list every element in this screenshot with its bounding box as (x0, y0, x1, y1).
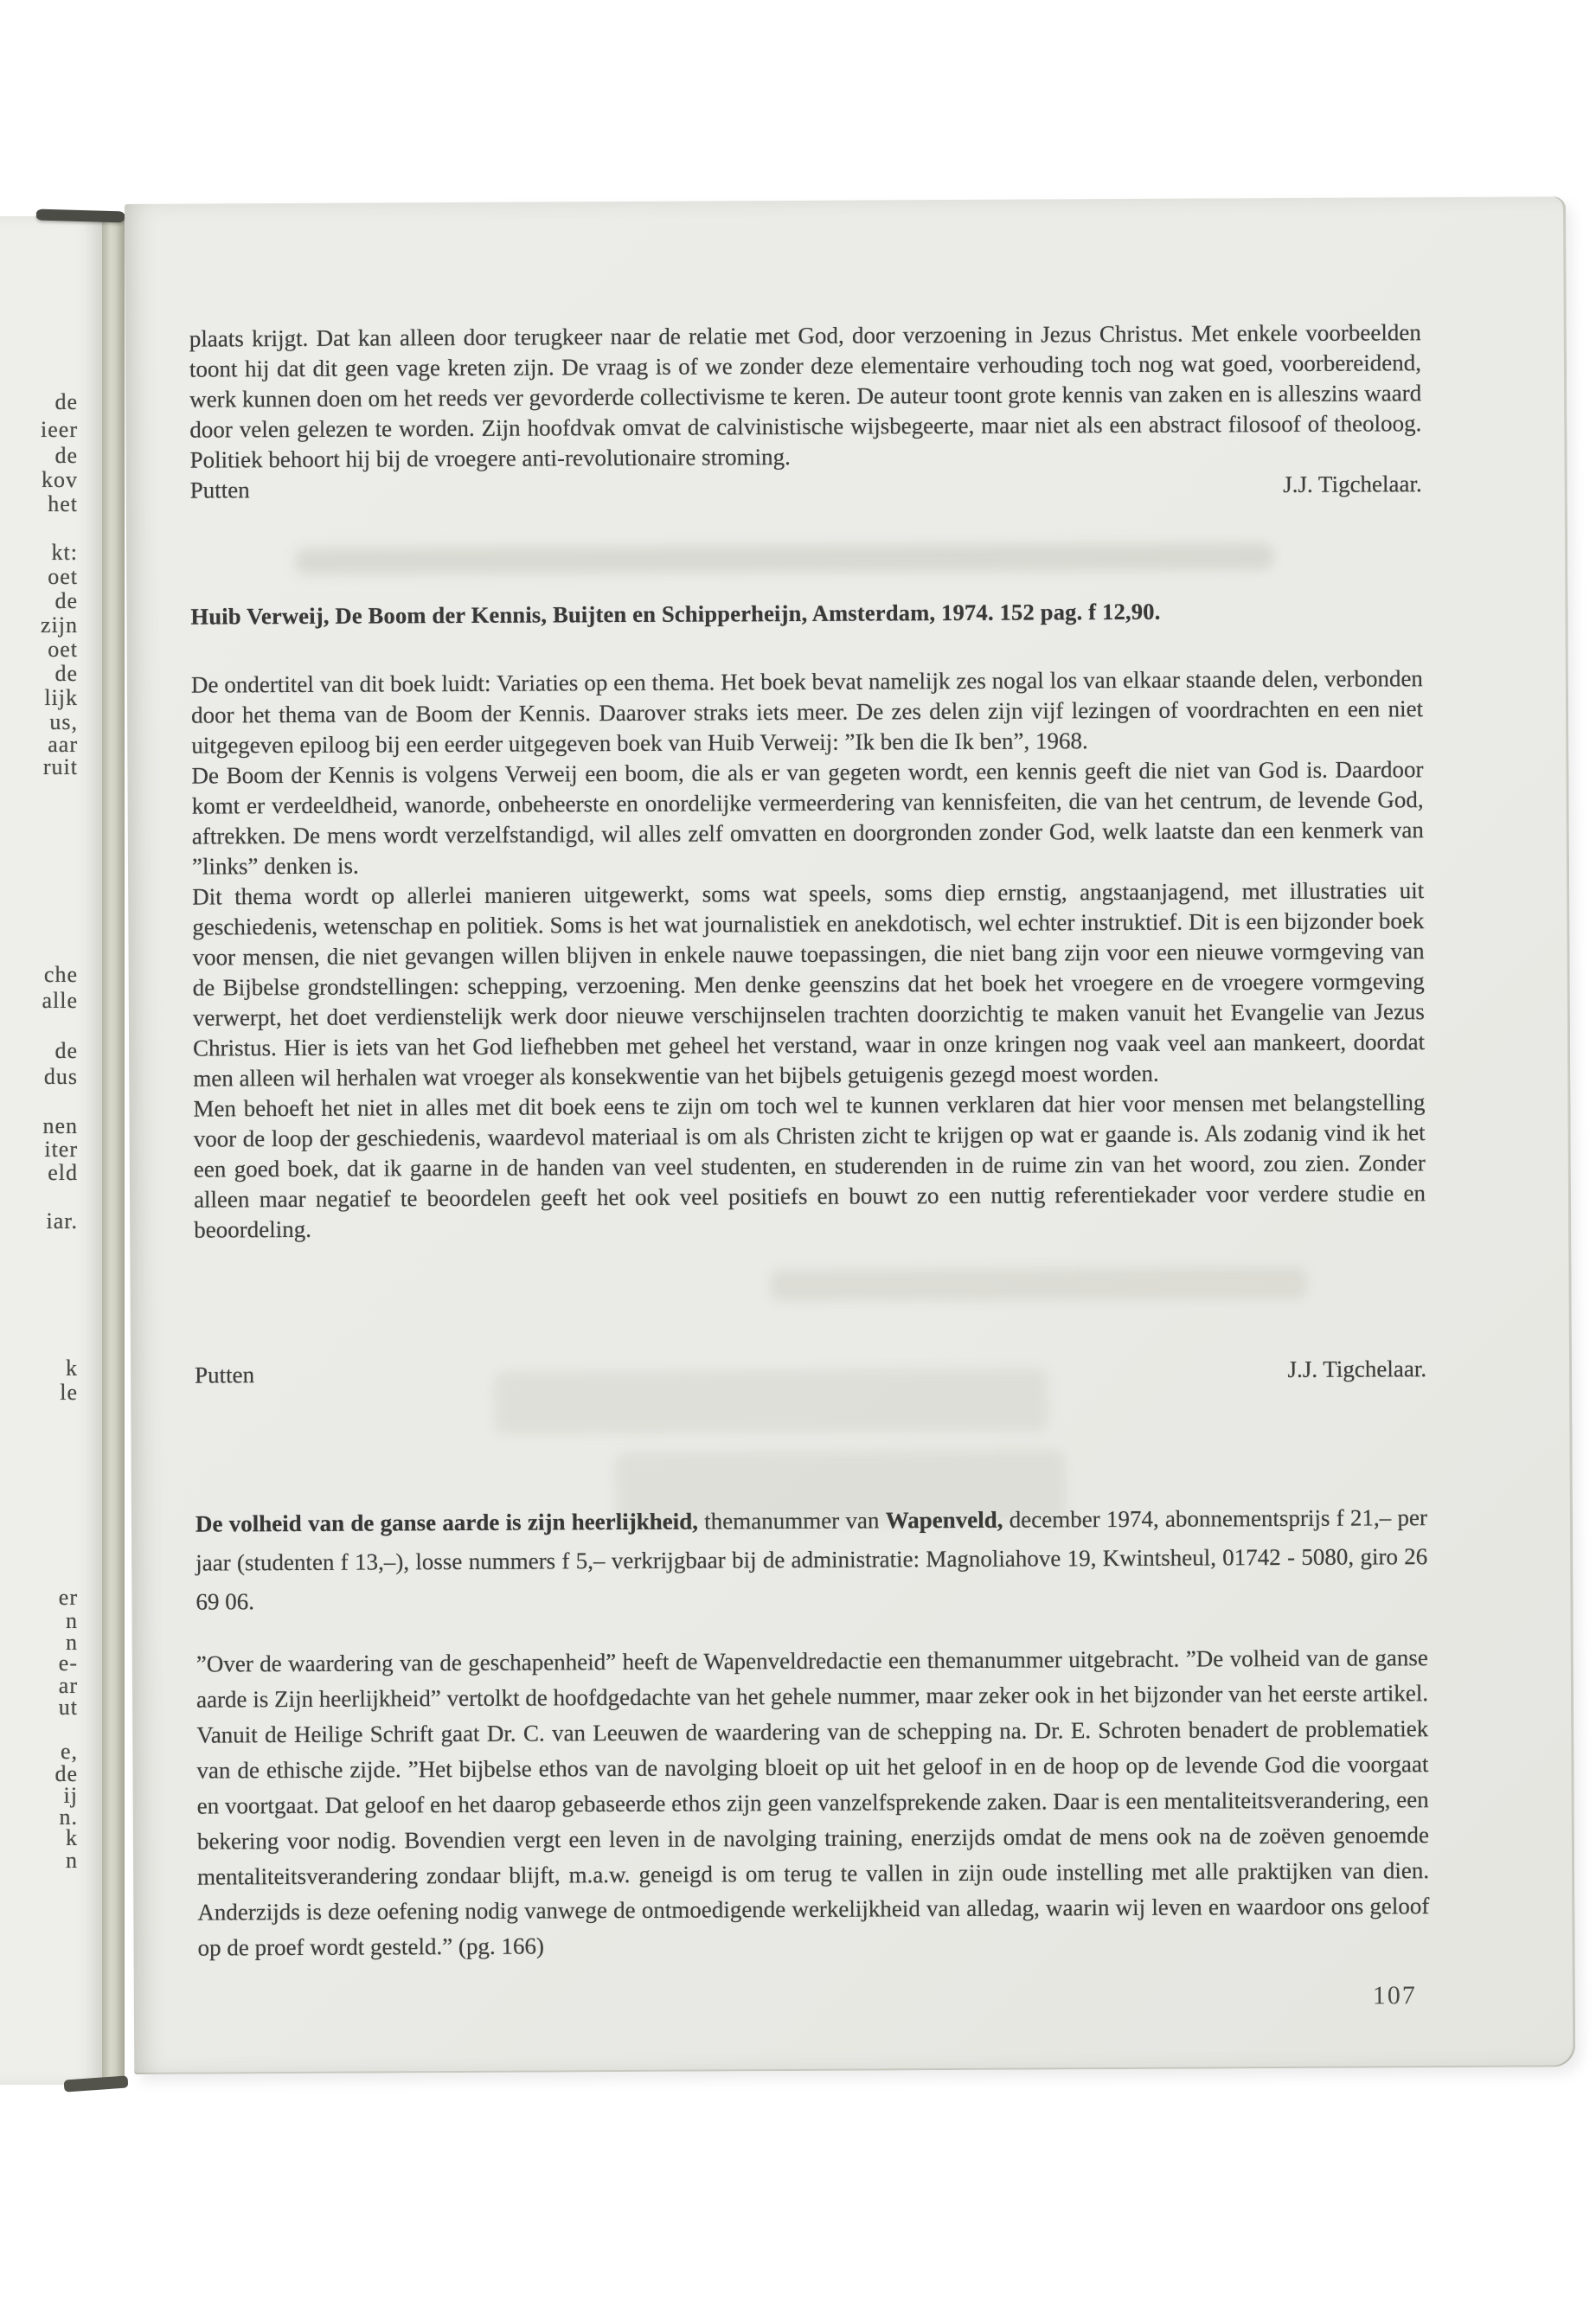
left-page-text-fragment: het (48, 491, 78, 517)
journal-notice-title: De volheid van de ganse aarde is zijn he… (195, 1509, 698, 1537)
left-page-text-fragment: alle (42, 988, 78, 1014)
left-page-text-fragment: n (66, 1848, 78, 1874)
signature-place: Putten (195, 1360, 254, 1390)
page-number: 107 (1373, 1981, 1417, 2010)
left-page-text-fragment: de (54, 588, 78, 614)
left-page-text-fragment: eld (48, 1160, 78, 1186)
book-spine (102, 214, 125, 2087)
left-page-text-fragment: che (44, 962, 78, 988)
signature-place: Putten (190, 475, 250, 505)
left-page-text-fragment: de (54, 443, 78, 469)
signature-name: J.J. Tigchelaar. (1287, 1354, 1426, 1385)
left-page-text-fragment: kov (42, 467, 78, 493)
review-closing-block: plaats krijgt. Dat kan alleen door terug… (189, 317, 1422, 505)
left-page-text-fragment: kt: (52, 540, 78, 566)
left-page-text-fragment: ruit (43, 754, 78, 780)
journal-notice-body: ”Over de waardering van de geschapenheid… (196, 1640, 1430, 1965)
left-page-text-fragment: iar. (47, 1208, 79, 1234)
book-scan: deieerdekovhetkt:oetdezijnoetdelijkus,aa… (0, 0, 1596, 2301)
left-page-text-fragment: oet (48, 637, 78, 663)
left-page-text-fragment: de (54, 661, 78, 687)
book-page: plaats krijgt. Dat kan alleen door terug… (125, 196, 1575, 2074)
left-page-text-fragment: dus (44, 1064, 78, 1090)
review-closing-paragraph: plaats krijgt. Dat kan alleen door terug… (189, 317, 1422, 475)
left-page-text-fragment: iter (44, 1137, 78, 1163)
review-paragraph: Men behoeft het niet in alles met dit bo… (193, 1087, 1426, 1245)
left-page-text-fragment: oet (48, 564, 78, 590)
left-page-text-fragment: de (54, 1038, 78, 1064)
signature-name: J.J. Tigchelaar. (1283, 469, 1422, 500)
left-page-text-fragment: nen (42, 1113, 78, 1139)
bleedthrough-smudge (296, 543, 1273, 574)
left-page-text-fragment: k (66, 1356, 78, 1381)
review-paragraph: De ondertitel van dit boek luidt: Variat… (191, 663, 1424, 760)
signature-row: Putten J.J. Tigchelaar. (190, 469, 1422, 505)
left-page-text-fragment: de (54, 389, 78, 415)
review-paragraph: Dit thema wordt op allerlei manieren uit… (192, 875, 1425, 1093)
journal-notice-heading: De volheid van de ganse aarde is zijn he… (195, 1498, 1428, 1621)
left-page-text-fragment: er (59, 1585, 78, 1611)
left-page-text-fragment: ut (59, 1695, 78, 1721)
journal-name: Wapenveld, (886, 1507, 1003, 1534)
journal-notice-mid-text: themanummer van (698, 1507, 886, 1534)
bleedthrough-smudge (770, 1267, 1306, 1301)
left-page-text-fragment: zijn (41, 612, 78, 638)
left-page-edge: deieerdekovhetkt:oetdezijnoetdelijkus,aa… (0, 216, 102, 2085)
book-review-heading: Huib Verweij, De Boom der Kennis, Buijte… (190, 597, 1422, 630)
left-page-text-fragment: ieer (41, 417, 78, 443)
journal-notice-body-block: ”Over de waardering van de geschapenheid… (196, 1640, 1430, 1965)
left-page-text-fragment: le (60, 1380, 78, 1406)
review-paragraph: De Boom der Kennis is volgens Verweij ee… (191, 754, 1424, 881)
book-review-body: De ondertitel van dit boek luidt: Variat… (191, 663, 1426, 1245)
signature-row: Putten J.J. Tigchelaar. (195, 1354, 1426, 1390)
left-page-text-fragment: lijk (44, 685, 78, 711)
